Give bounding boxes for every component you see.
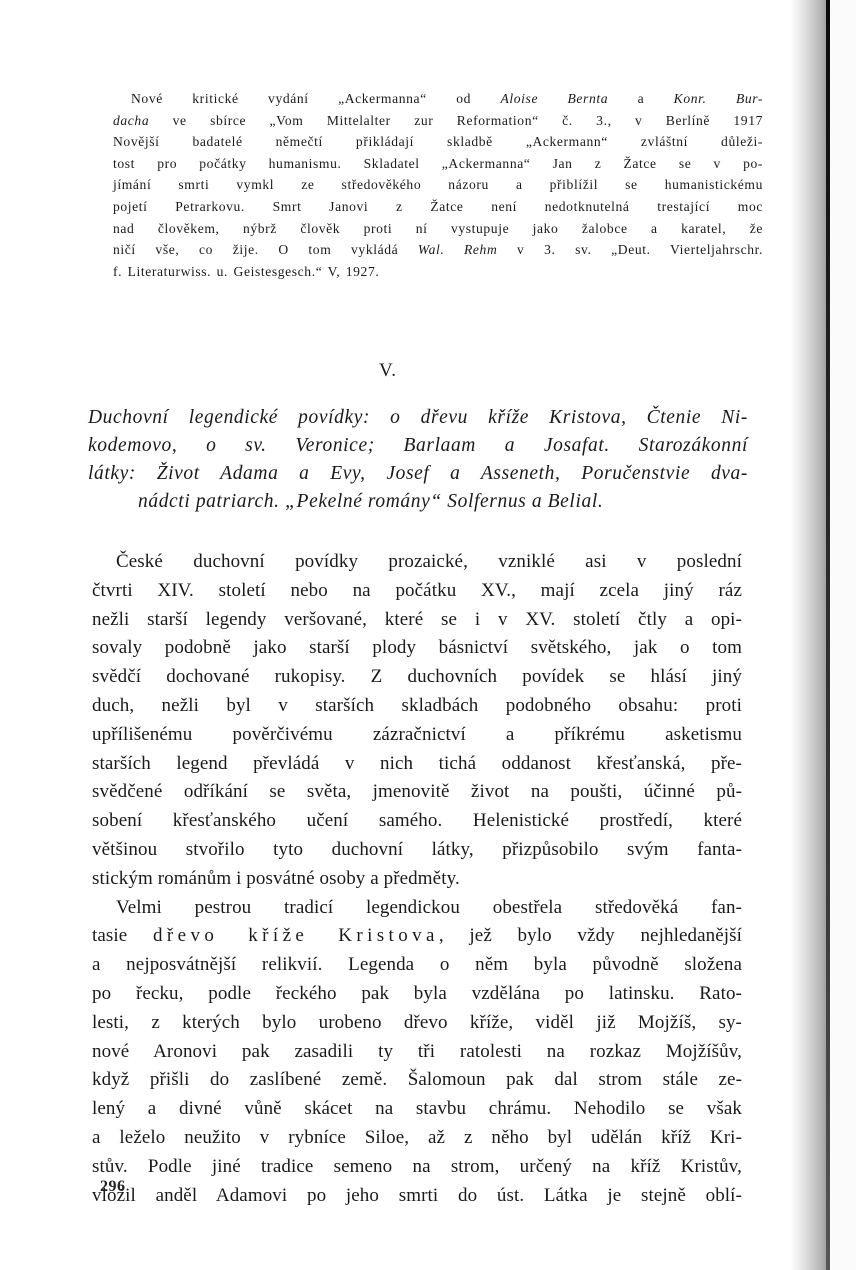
text-run: starších legend převládá v nich tichá od… (92, 753, 742, 774)
italic-citation: Wal. Rehm (418, 242, 497, 257)
text-run: stův. Podle jiné tradice semeno na strom… (92, 1156, 742, 1177)
paragraph-line: vložil anděl Adamovi po jeho smrti do ús… (92, 1182, 742, 1211)
book-binding-edge (826, 0, 830, 1270)
paragraph-line: Velmi pestrou tradicí legendickou obestř… (92, 894, 742, 923)
text-run: ve sbírce „Vom Mittelalter zur Reformati… (149, 113, 763, 128)
paragraph-line: stův. Podle jiné tradice semeno na strom… (92, 1153, 742, 1182)
summary-line: látky: Život Adama a Evy, Josef a Assene… (88, 460, 748, 488)
text-run: po řecku, podle řeckého pak byla vzdělán… (92, 983, 742, 1004)
paragraph-line: a nejposvátnější relikvií. Legenda o něm… (92, 951, 742, 980)
footnote: Nové kritické vydání „Ackermanna“ od Alo… (113, 88, 763, 282)
footnote-line: pojetí Petrarkovu. Smrt Janovi z Žatce n… (113, 196, 763, 218)
footnote-line: f. Literaturwiss. u. Geistesgesch.“ V, 1… (113, 261, 763, 283)
text-run: České duchovní povídky prozaické, vznikl… (116, 551, 742, 572)
paragraph-line: starších legend převládá v nich tichá od… (92, 750, 742, 779)
text-run: stickým románům i posvátné osoby a předm… (92, 868, 460, 889)
section-summary: Duchovní legendické povídky: o dřevu kří… (88, 404, 748, 516)
text-run: svědčí dochované rukopisy. Z duchovních … (92, 666, 742, 687)
paragraph-line: nežli starší legendy veršované, které se… (92, 606, 742, 635)
paragraph: České duchovní povídky prozaické, vznikl… (92, 548, 742, 894)
body-text: České duchovní povídky prozaické, vznikl… (92, 548, 742, 1210)
text-run: jímání smrti vymkl ze středověkého názor… (113, 177, 763, 192)
footnote-line: tost pro počátky humanismu. Skladatel „A… (113, 153, 763, 175)
text-run: sovaly podobně jako starší plody básnict… (92, 637, 742, 658)
text-run: většinou stvořilo tyto duchovní látky, p… (92, 839, 742, 860)
paragraph-line: České duchovní povídky prozaické, vznikl… (92, 548, 742, 577)
text-run: a nejposvátnější relikvií. Legenda o něm… (92, 954, 742, 975)
text-run: sobení křesťanského učení samého. Heleni… (92, 810, 742, 831)
text-run: Nové kritické vydání „Ackermanna“ od (131, 91, 501, 106)
text-run: tost pro počátky humanismu. Skladatel „A… (113, 156, 763, 171)
footnote-line: jímání smrti vymkl ze středověkého názor… (113, 174, 763, 196)
text-run: , jež bylo vždy nejhledanější (439, 925, 742, 946)
paragraph-line: upřílišenému pověrčivému zázračnictví a … (92, 721, 742, 750)
paragraph-line: nové Aronovi pak zasadili ty tři ratoles… (92, 1038, 742, 1067)
paragraph-line: svědčí dochované rukopisy. Z duchovních … (92, 663, 742, 692)
footnote-line: ničí vše, co žije. O tom vykládá Wal. Re… (113, 239, 763, 261)
summary-line: nádcti patriarch. „Pekelné romány“ Solfe… (88, 488, 748, 516)
paragraph: Velmi pestrou tradicí legendickou obestř… (92, 894, 742, 1211)
text-run: lený a divné vůně skácet na stavbu chrám… (92, 1098, 742, 1119)
text-run: svědčené odříkání se světa, jmenovitě ži… (92, 781, 742, 802)
text-run: nové Aronovi pak zasadili ty tři ratoles… (92, 1041, 742, 1062)
text-run: čtvrti XIV. století nebo na počátku XV.,… (92, 580, 742, 601)
text-run: duch, nežli byl v starších skladbách pod… (92, 695, 742, 716)
adjacent-page-edge (830, 0, 856, 1270)
text-run: tasie (92, 925, 153, 946)
paragraph-line: tasie dřevo kříže Kristova, jež bylo vžd… (92, 922, 742, 951)
paragraph-line: většinou stvořilo tyto duchovní látky, p… (92, 836, 742, 865)
emphasized-spaced-text: dřevo kříže Kristova (153, 925, 439, 946)
text-run: upřílišenému pověrčivému zázračnictví a … (92, 724, 742, 745)
text-run: lesti, z kterých bylo urobeno dřevo kříž… (92, 1012, 742, 1033)
paragraph-line: a leželo neužito v rybníce Siloe, až z n… (92, 1124, 742, 1153)
paragraph-line: sovaly podobně jako starší plody básnict… (92, 634, 742, 663)
text-run: ničí vše, co žije. O tom vykládá (113, 242, 418, 257)
book-page: Nové kritické vydání „Ackermanna“ od Alo… (0, 0, 856, 1270)
paragraph-line: čtvrti XIV. století nebo na počátku XV.,… (92, 577, 742, 606)
section-number: V. (0, 360, 776, 382)
paragraph-line: lený a divné vůně skácet na stavbu chrám… (92, 1095, 742, 1124)
text-run: Velmi pestrou tradicí legendickou obestř… (116, 897, 742, 918)
text-run: a leželo neužito v rybníce Siloe, až z n… (92, 1127, 742, 1148)
text-run: nežli starší legendy veršované, které se… (92, 609, 742, 630)
text-run: f. Literaturwiss. u. Geistesgesch.“ V, 1… (113, 264, 379, 279)
italic-citation: Aloise Bernta (501, 91, 609, 106)
paragraph-line: sobení křesťanského učení samého. Heleni… (92, 807, 742, 836)
text-run: nad člověkem, nýbrž člověk proti ní vyst… (113, 221, 763, 236)
paragraph-line: lesti, z kterých bylo urobeno dřevo kříž… (92, 1009, 742, 1038)
paragraph-line: svědčené odříkání se světa, jmenovitě ži… (92, 778, 742, 807)
italic-citation: Konr. Bur- (674, 91, 763, 106)
text-run: když přišli do zaslíbené země. Šalomoun … (92, 1069, 742, 1090)
text-run: pojetí Petrarkovu. Smrt Janovi z Žatce n… (113, 199, 763, 214)
paragraph-line: stickým románům i posvátné osoby a předm… (92, 865, 742, 894)
book-gutter-shadow (790, 0, 828, 1270)
footnote-line: nad člověkem, nýbrž člověk proti ní vyst… (113, 218, 763, 240)
paragraph-line: když přišli do zaslíbené země. Šalomoun … (92, 1066, 742, 1095)
italic-citation: dacha (113, 113, 149, 128)
summary-line: kodemovo, o sv. Veronice; Barlaam a Josa… (88, 432, 748, 460)
footnote-line: dacha ve sbírce „Vom Mittelalter zur Ref… (113, 110, 763, 132)
paragraph-line: po řecku, podle řeckého pak byla vzdělán… (92, 980, 742, 1009)
summary-line: Duchovní legendické povídky: o dřevu kří… (88, 404, 748, 432)
page-number: 296 (100, 1178, 126, 1196)
text-run: a (608, 91, 674, 106)
text-run: Novější badatelé němečtí přikládají skla… (113, 134, 763, 149)
footnote-line: Nové kritické vydání „Ackermanna“ od Alo… (113, 88, 763, 110)
text-run: vložil anděl Adamovi po jeho smrti do ús… (92, 1185, 742, 1206)
footnote-line: Novější badatelé němečtí přikládají skla… (113, 131, 763, 153)
text-run: v 3. sv. „Deut. Vierteljahrschr. (497, 242, 763, 257)
paragraph-line: duch, nežli byl v starších skladbách pod… (92, 692, 742, 721)
